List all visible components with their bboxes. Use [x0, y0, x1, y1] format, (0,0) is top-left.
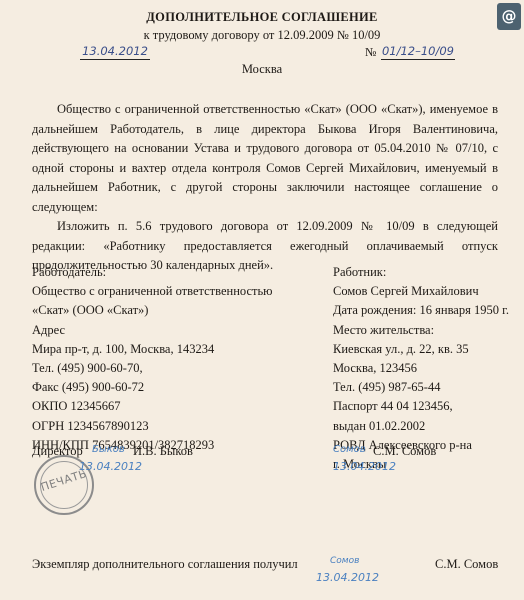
- document-subtitle: к трудовому договору от 12.09.2009 № 10/…: [0, 28, 524, 43]
- employer-line: Факс (495) 900-60-72: [32, 378, 273, 397]
- receipt-text: Экземпляр дополнительного соглашения пол…: [32, 557, 298, 572]
- employee-handwritten-signature: Сомов: [333, 444, 366, 455]
- receipt-name: С.М. Сомов: [435, 557, 498, 572]
- city: Москва: [0, 62, 524, 77]
- employer-signatory-name: И.В. Быков: [133, 444, 193, 459]
- receipt-handwritten-signature: Сомов: [330, 556, 359, 566]
- employer-details: Работодатель: Общество с ограниченной от…: [32, 263, 273, 455]
- employer-line: Общество с ограниченной ответственностью: [32, 282, 273, 301]
- number-label: №: [365, 45, 376, 60]
- employee-signatory-name: С.М. Сомов: [373, 444, 436, 459]
- agreement-body: Общество с ограниченной ответственностью…: [32, 100, 498, 276]
- document-page: @ ДОПОЛНИТЕЛЬНОЕ СОГЛАШЕНИЕ к трудовому …: [0, 0, 524, 600]
- employer-heading: Работодатель:: [32, 263, 273, 282]
- employee-line: Паспорт 44 04 123456,: [333, 397, 509, 416]
- employee-line: выдан 01.02.2002: [333, 417, 509, 436]
- employer-position: Директор: [32, 444, 83, 459]
- employee-signature-date: 13.04.2012: [333, 460, 396, 473]
- document-title: ДОПОЛНИТЕЛЬНОЕ СОГЛАШЕНИЕ: [0, 10, 524, 25]
- employee-line: Киевская ул., д. 22, кв. 35: [333, 340, 509, 359]
- employee-line: Москва, 123456: [333, 359, 509, 378]
- employer-line: Адрес: [32, 321, 273, 340]
- receipt-date: 13.04.2012: [316, 571, 379, 584]
- employer-line: ОГРН 1234567890123: [32, 417, 273, 436]
- employee-line: Дата рождения: 16 января 1950 г.: [333, 301, 509, 320]
- document-date: 13.04.2012: [80, 44, 150, 60]
- preamble-paragraph: Общество с ограниченной ответственностью…: [32, 100, 498, 217]
- employee-line: Тел. (495) 987-65-44: [333, 378, 509, 397]
- document-number: 01/12–10/09: [381, 44, 455, 60]
- employee-details: Работник: Сомов Сергей Михайлович Дата р…: [333, 263, 509, 474]
- employer-line: «Скат» (ООО «Скат»): [32, 301, 273, 320]
- employee-heading: Работник:: [333, 263, 509, 282]
- employer-handwritten-signature: Быков: [92, 444, 125, 455]
- employee-line: Место жительства:: [333, 321, 509, 340]
- employer-line: Мира пр-т, д. 100, Москва, 143234: [32, 340, 273, 359]
- employee-line: Сомов Сергей Михайлович: [333, 282, 509, 301]
- employer-signature-date: 13.04.2012: [79, 460, 142, 473]
- employer-line: ОКПО 12345667: [32, 397, 273, 416]
- employer-line: Тел. (495) 900-60-70,: [32, 359, 273, 378]
